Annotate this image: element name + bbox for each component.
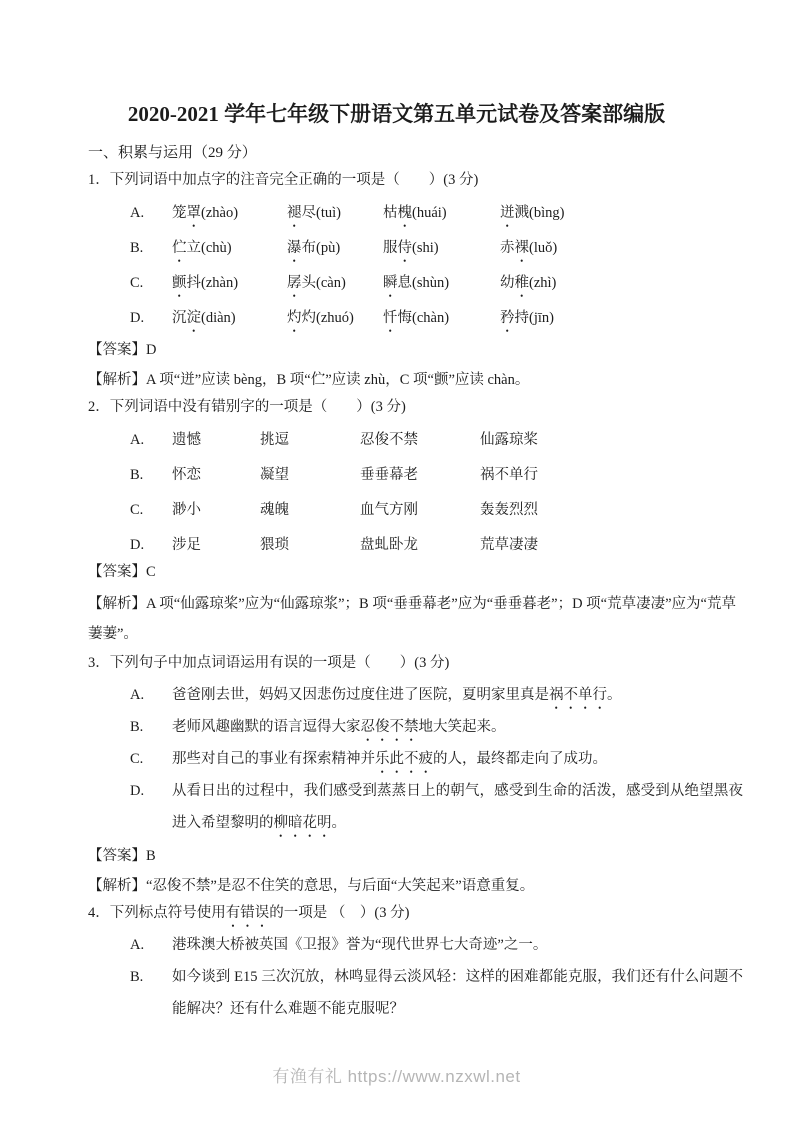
pinyin-word: 灼灼(zhuó) bbox=[287, 306, 383, 327]
pinyin-word: 瀑布(pù) bbox=[287, 236, 383, 257]
question-3-stem: 3．下列句子中加点词语运用有误的一项是（ ）(3 分) bbox=[88, 655, 743, 671]
option-text: 从看日出的过程中，我们感受到蒸蒸日上的朝气，感受到生命的活泼，感受到从绝望黑夜进… bbox=[172, 775, 743, 839]
question-3-option-d: D. 从看日出的过程中，我们感受到蒸蒸日上的朝气，感受到生命的活泼，感受到从绝望… bbox=[130, 775, 743, 839]
word: 血气方刚 bbox=[360, 498, 480, 519]
word: 仙露琼桨 bbox=[480, 428, 743, 449]
option-row-d: D.涉足 猥琐 盘虬卧龙 荒草凄凄 bbox=[130, 526, 743, 561]
option-row-b: B.怀恋 凝望 垂垂幕老 祸不单行 bbox=[130, 456, 743, 491]
word: 渺小 bbox=[172, 502, 201, 518]
pinyin-word: 伫立(chù) bbox=[172, 240, 232, 256]
option-row-b: B.伫立(chù) 瀑布(pù) 服侍(shi) 赤裸(luǒ) bbox=[130, 229, 743, 264]
option-row-a: A.笼罩(zhào) 褪尽(tuì) 枯槐(huái) 迸溅(bìng) bbox=[130, 194, 743, 229]
question-3-option-a: A. 爸爸刚去世，妈妈又因悲伤过度住进了医院，夏明家里真是祸不单行。 bbox=[130, 679, 743, 711]
option-label: A. bbox=[130, 679, 172, 711]
pinyin-word: 笼罩(zhào) bbox=[172, 205, 238, 221]
pinyin-word: 赤裸(luǒ) bbox=[500, 236, 743, 257]
option-label: B. bbox=[130, 711, 172, 743]
section-heading: 一、积累与运用（29 分） bbox=[88, 145, 743, 161]
option-label: D. bbox=[130, 537, 172, 554]
question-1-answer: 【答案】D bbox=[88, 339, 743, 361]
pinyin-word: 迸溅(bìng) bbox=[500, 201, 743, 222]
pinyin-word: 枯槐(huái) bbox=[383, 201, 500, 222]
word: 猥琐 bbox=[260, 533, 360, 554]
pinyin-word: 沉淀(diàn) bbox=[172, 310, 236, 326]
word: 挑逗 bbox=[260, 428, 360, 449]
pinyin-word: 孱头(càn) bbox=[287, 271, 383, 292]
question-3-analysis: 【解析】“忍俊不禁”是忍不住笑的意思，与后面“大笑起来”语意重复。 bbox=[88, 875, 743, 897]
word: 涉足 bbox=[172, 537, 201, 553]
word: 祸不单行 bbox=[480, 463, 743, 484]
question-2-options: A.遗憾 挑逗 忍俊不禁 仙露琼桨 B.怀恋 凝望 垂垂幕老 祸不单行 C.渺小… bbox=[130, 421, 743, 561]
option-label: B. bbox=[130, 467, 172, 484]
question-2-answer: 【答案】C bbox=[88, 561, 743, 583]
option-label: C. bbox=[130, 743, 172, 775]
question-1-options: A.笼罩(zhào) 褪尽(tuì) 枯槐(huái) 迸溅(bìng) B.伫… bbox=[130, 194, 743, 334]
question-3-option-b: B. 老师风趣幽默的语言逗得大家忍俊不禁地大笑起来。 bbox=[130, 711, 743, 743]
question-2-stem: 2．下列词语中没有错别字的一项是（ ）(3 分) bbox=[88, 399, 743, 415]
option-label: B. bbox=[130, 240, 172, 257]
option-row-a: A.遗憾 挑逗 忍俊不禁 仙露琼桨 bbox=[130, 421, 743, 456]
option-label: A. bbox=[130, 205, 172, 222]
option-text: 爸爸刚去世，妈妈又因悲伤过度住进了医院，夏明家里真是祸不单行。 bbox=[172, 679, 743, 711]
option-text: 老师风趣幽默的语言逗得大家忍俊不禁地大笑起来。 bbox=[172, 711, 743, 743]
option-label: A. bbox=[130, 432, 172, 449]
pinyin-word: 瞬息(shùn) bbox=[383, 271, 500, 292]
footer-watermark: 有渔有礼 https://www.nzxwl.net bbox=[0, 1066, 793, 1088]
word: 怀恋 bbox=[172, 467, 201, 483]
question-4-option-b: B. 如今谈到 E15 三次沉放，林鸣显得云淡风轻：这样的困难都能克服，我们还有… bbox=[130, 961, 743, 1025]
question-4-option-a: A. 港珠澳大桥被英国《卫报》誉为“现代世界七大奇迹”之一。 bbox=[130, 929, 743, 961]
option-row-c: C.渺小 魂魄 血气方刚 轰轰烈烈 bbox=[130, 491, 743, 526]
option-label: A. bbox=[130, 929, 172, 961]
pinyin-word: 颤抖(zhàn) bbox=[172, 275, 238, 291]
option-label: C. bbox=[130, 275, 172, 292]
word: 遗憾 bbox=[172, 432, 201, 448]
pinyin-word: 幼稚(zhì) bbox=[500, 271, 743, 292]
option-row-d: D.沉淀(diàn) 灼灼(zhuó) 忏悔(chàn) 矜持(jīn) bbox=[130, 299, 743, 334]
question-2-analysis: 【解析】A 项“仙露琼桨”应为“仙露琼浆”；B 项“垂垂幕老”应为“垂垂暮老”；… bbox=[88, 589, 743, 649]
word: 忍俊不禁 bbox=[360, 428, 480, 449]
pinyin-word: 忏悔(chàn) bbox=[383, 306, 500, 327]
option-label: B. bbox=[130, 961, 172, 1025]
question-1-stem: 1．下列词语中加点字的注音完全正确的一项是（ ）(3 分) bbox=[88, 172, 743, 188]
pinyin-word: 矜持(jīn) bbox=[500, 306, 743, 327]
word: 轰轰烈烈 bbox=[480, 498, 743, 519]
word: 凝望 bbox=[260, 463, 360, 484]
option-label: D. bbox=[130, 775, 172, 839]
option-text: 如今谈到 E15 三次沉放，林鸣显得云淡风轻：这样的困难都能克服，我们还有什么问… bbox=[172, 961, 743, 1025]
question-4-stem: 4．下列标点符号使用有错误的一项是 （ ）(3 分) bbox=[88, 905, 743, 921]
question-3-answer: 【答案】B bbox=[88, 845, 743, 867]
exam-paper: 2020-2021 学年七年级下册语文第五单元试卷及答案部编版 一、积累与运用（… bbox=[0, 0, 793, 1025]
option-row-c: C.颤抖(zhàn) 孱头(càn) 瞬息(shùn) 幼稚(zhì) bbox=[130, 264, 743, 299]
option-text: 那些对自己的事业有探索精神并乐此不疲的人，最终都走向了成功。 bbox=[172, 743, 743, 775]
pinyin-word: 服侍(shi) bbox=[383, 236, 500, 257]
word: 盘虬卧龙 bbox=[360, 533, 480, 554]
option-text: 港珠澳大桥被英国《卫报》誉为“现代世界七大奇迹”之一。 bbox=[172, 929, 743, 961]
page-title: 2020-2021 学年七年级下册语文第五单元试卷及答案部编版 bbox=[69, 100, 724, 128]
pinyin-word: 褪尽(tuì) bbox=[287, 201, 383, 222]
question-1-analysis: 【解析】A 项“迸”应读 bèng，B 项“伫”应读 zhù，C 项“颤”应读 … bbox=[88, 369, 743, 391]
question-3-option-c: C. 那些对自己的事业有探索精神并乐此不疲的人，最终都走向了成功。 bbox=[130, 743, 743, 775]
word: 魂魄 bbox=[260, 498, 360, 519]
option-label: C. bbox=[130, 502, 172, 519]
word: 荒草凄凄 bbox=[480, 533, 743, 554]
option-label: D. bbox=[130, 310, 172, 327]
word: 垂垂幕老 bbox=[360, 463, 480, 484]
